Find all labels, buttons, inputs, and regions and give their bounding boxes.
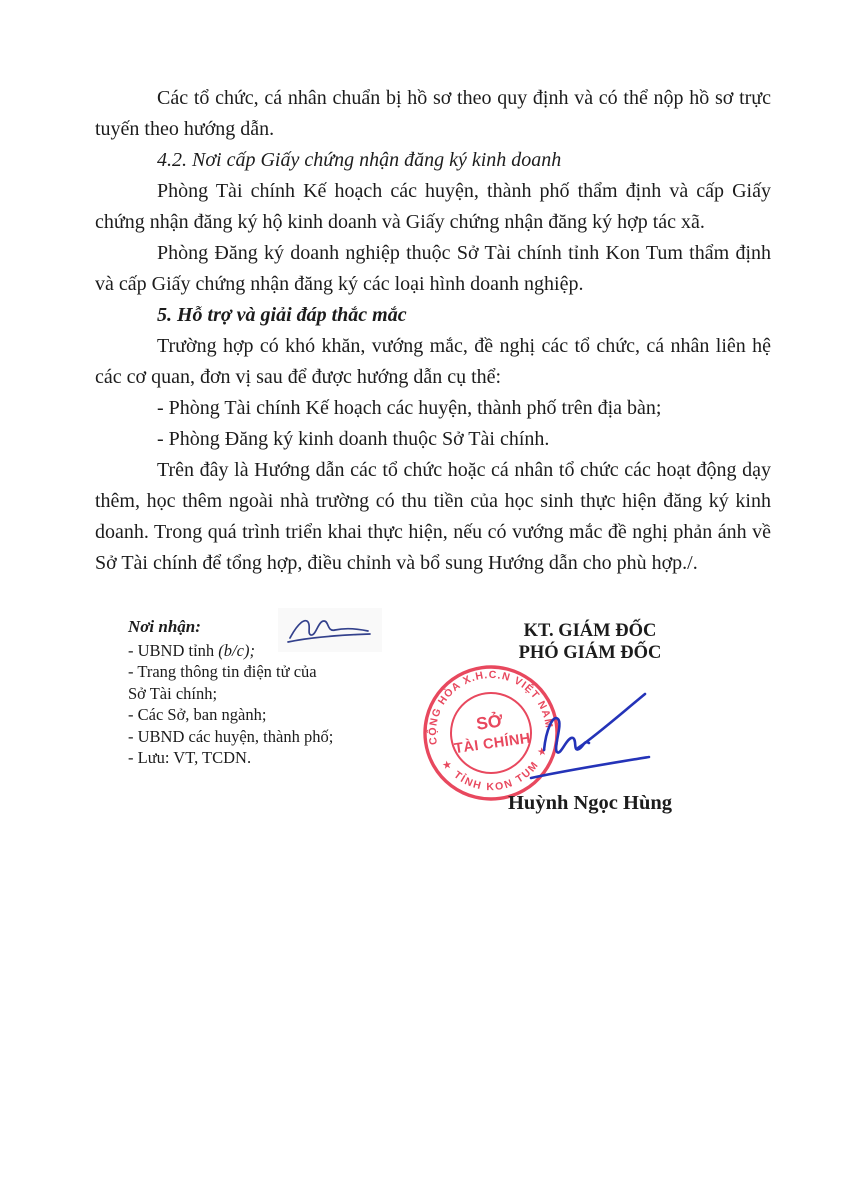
- signer-name: Huỳnh Ngọc Hùng: [465, 792, 715, 815]
- section-heading-4-2: 4.2. Nơi cấp Giấy chứng nhận đăng ký kin…: [95, 145, 771, 176]
- section-heading-5: 5. Hỗ trợ và giải đáp thắc mắc: [95, 300, 771, 331]
- paragraph-intro: Các tổ chức, cá nhân chuẩn bị hồ sơ theo…: [95, 83, 771, 145]
- bullet-item: - Phòng Đăng ký kinh doanh thuộc Sở Tài …: [95, 424, 771, 455]
- signer-title-block: KT. GIÁM ĐỐC PHÓ GIÁM ĐỐC: [465, 620, 715, 664]
- recipient-line: - Trang thông tin điện tử của: [128, 661, 378, 683]
- recipient-line: - UBND các huyện, thành phố;: [128, 726, 378, 748]
- paragraph-phong-dkdn: Phòng Đăng ký doanh nghiệp thuộc Sở Tài …: [95, 238, 771, 300]
- paragraph-closing: Trên đây là Hướng dẫn các tổ chức hoặc c…: [95, 455, 771, 579]
- paragraph-phong-tckh: Phòng Tài chính Kế hoạch các huyện, thàn…: [95, 176, 771, 238]
- bullet-item: - Phòng Tài chính Kế hoạch các huyện, th…: [95, 393, 771, 424]
- initials-paraph-ink: [278, 608, 382, 652]
- paragraph-lien-he: Trường hợp có khó khăn, vướng mắc, đề ng…: [95, 331, 771, 393]
- signer-acting-title: KT. GIÁM ĐỐC: [465, 620, 715, 642]
- stamp-center-line1: SỞ: [475, 709, 504, 734]
- recipient-line: - Các Sở, ban ngành;: [128, 704, 378, 726]
- signature-area: Nơi nhận: - UBND tỉnh (b/c); - Trang thô…: [0, 608, 848, 1200]
- document-body: Các tổ chức, cá nhân chuẩn bị hồ sơ theo…: [95, 83, 771, 579]
- star-icon: ★: [441, 759, 453, 772]
- recipient-line: Sở Tài chính;: [128, 683, 378, 705]
- document-page: Các tổ chức, cá nhân chuẩn bị hồ sơ theo…: [0, 0, 848, 1200]
- handwritten-signature-ink: [518, 686, 670, 790]
- recipient-line: - Lưu: VT, TCDN.: [128, 747, 378, 769]
